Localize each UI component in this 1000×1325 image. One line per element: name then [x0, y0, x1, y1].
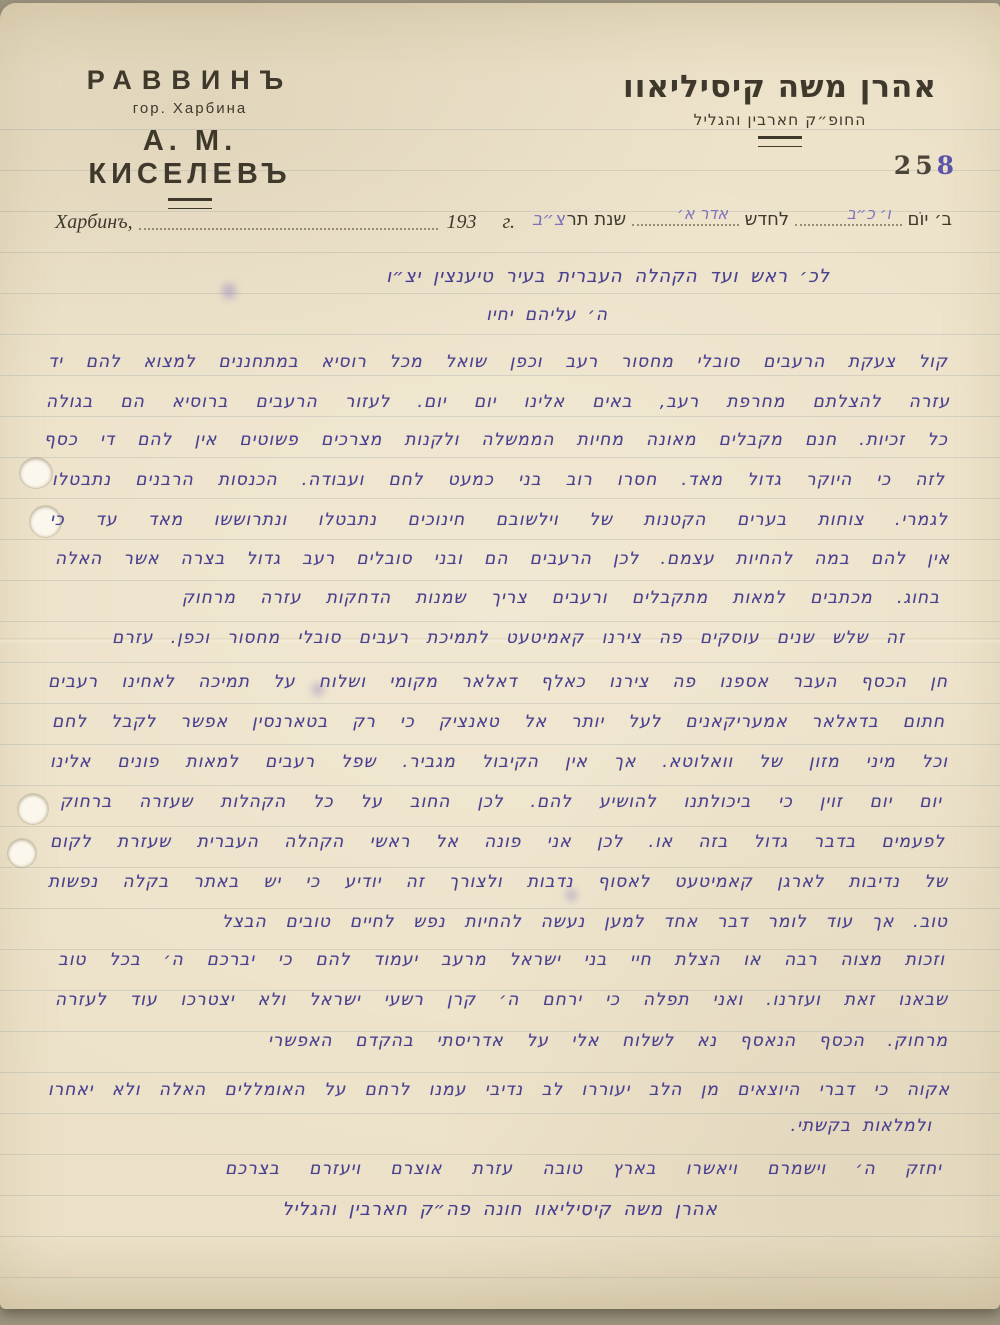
handwritten-line: ולמלאות בקשתי.	[700, 1116, 932, 1136]
dotted-leader: אדר א׳	[632, 223, 738, 226]
handwritten-line: בחוג. מכתבים למאות מתקבלים ורעבים צריך ש…	[182, 588, 940, 608]
letter-paper: РАВВИНЪ гор. Харбина А. М. КИСЕЛЕВЪ אהרן…	[0, 3, 1000, 1309]
handwritten-line: לפעמים בדבר גדול בזה או. לכן אני פונה אל…	[50, 832, 945, 852]
page-number-printed: 25	[894, 151, 937, 180]
handwritten-line: וכל מיני מזון של וואלוטא. אך אין הקיבול …	[50, 752, 948, 772]
handwritten-line: לזה כי היוקר גדול מאד. חסרו רוב בני כמעט…	[52, 470, 945, 490]
closing-blessing: יחזק ה׳ וישמרם ויאשרו בארץ טובה עזרת אוצ…	[225, 1159, 942, 1179]
handwritten-line: טוב. אך עוד לומר דבר אחד למען נעשה להחיו…	[222, 912, 948, 932]
rabbi-name-hebrew: אהרן משה קיסיליאוו	[615, 69, 945, 105]
ink-smudge	[222, 283, 236, 299]
handwritten-line: עזרה להצלתם מחרפת רעב, באים אלינו יום יו…	[46, 392, 950, 412]
double-rule	[168, 198, 212, 209]
handwritten-year-fill: צ״ב	[532, 209, 565, 230]
scanned-letter: { "letterhead": { "left": { "title": "РА…	[0, 0, 1000, 1325]
hebrew-day-prefix: ב׳ יוֹם	[908, 209, 952, 230]
handwritten-line: יום יום זוין כי ביכולתנו להושיע להם. לכן…	[60, 792, 942, 812]
punch-hole	[8, 839, 36, 867]
dotted-leader: ו׳ כ״ב	[795, 223, 901, 226]
punch-hole	[20, 458, 52, 488]
handwritten-line: מרחוק. הכסף הנאסף נא לשלוח אלי על אדריסת…	[268, 1031, 948, 1051]
hebrew-month-label: לחדש	[745, 209, 790, 230]
rabbi-subtitle-hebrew: החופ״ק חארבין והגליל	[615, 111, 945, 129]
handwritten-line: לגמרי. צוחות בערים הקטנות של וילשובם חינ…	[50, 510, 948, 530]
letterhead-cyrillic: РАВВИНЪ гор. Харбина А. М. КИСЕЛЕВЪ	[45, 65, 335, 209]
handwritten-line: של נדיבות לארגן קאמיטעט לאסוף נדבות ולצו…	[48, 872, 948, 892]
handwritten-line: וזכות מצוה רבה או הצלת חיי בני ישראל מרע…	[58, 950, 945, 970]
dateline-hebrew: ב׳ יוֹם ו׳ כ״ב לחדש אדר א׳ שנת תר צ״ב	[532, 209, 952, 230]
dateline-year-suffix: г.	[502, 211, 515, 234]
punch-hole	[18, 794, 48, 824]
city-line-cyrillic: гор. Харбина	[45, 100, 335, 117]
salutation-line: לכ׳ ראש ועד הקהלה העברית בעיר טיענצין יצ…	[386, 266, 830, 287]
letterhead-hebrew: אהרן משה קיסיליאוו החופ״ק חארבין והגליל	[615, 69, 945, 147]
handwritten-line: חתום בדאלאר אמעריקאנים לעל יותר אל טאנצי…	[52, 712, 945, 732]
handwritten-day-fill: ו׳ כ״ב	[847, 204, 891, 223]
page-number-stamp: 258	[894, 151, 958, 180]
handwritten-month-fill: אדר א׳	[677, 204, 728, 223]
signature-line: אהרן משה קיסיליאוו חונה פה״ק חארבין והגל…	[135, 1199, 865, 1220]
handwritten-line: אקוה כי דברי היוצאים מן הלב יעוררו לב נד…	[48, 1080, 950, 1100]
dateline-cyrillic: Харбинъ, 193 г.	[55, 211, 515, 234]
rabbi-title-cyrillic: РАВВИНЪ	[45, 65, 335, 96]
hebrew-year-label: שנת תר	[567, 209, 627, 230]
dateline-city: Харбинъ,	[55, 211, 133, 234]
handwritten-line: שבאנו זאת ועזרנו. ואני תפלה כי ירחם ה׳ ק…	[55, 990, 948, 1010]
rabbi-name-cyrillic: А. М. КИСЕЛЕВЪ	[45, 125, 335, 191]
page-number-handwritten: 8	[937, 151, 958, 180]
handwritten-line: חן הכסף העבר אספנו פה צירנו כאלף דאלאר מ…	[48, 672, 948, 692]
handwritten-line: זה שלש שנים עוסקים פה צירנו קאמיטעט לתמי…	[112, 628, 905, 648]
dateline-year-printed: 193	[446, 211, 476, 234]
double-rule	[758, 136, 802, 147]
handwritten-line: אין להם במה להחיות עצמם. לכן הרעבים הם ו…	[55, 549, 950, 569]
handwritten-line: קול צעקת הרעבים סובלי מחסור רעב וכפן שוא…	[48, 352, 948, 372]
salutation-line: ה׳ עליהם יחיו	[486, 305, 608, 325]
dotted-leader	[139, 227, 439, 230]
handwritten-line: כל זכיות. חנם מקבלים מאונה מחיות הממשלה …	[44, 430, 948, 450]
